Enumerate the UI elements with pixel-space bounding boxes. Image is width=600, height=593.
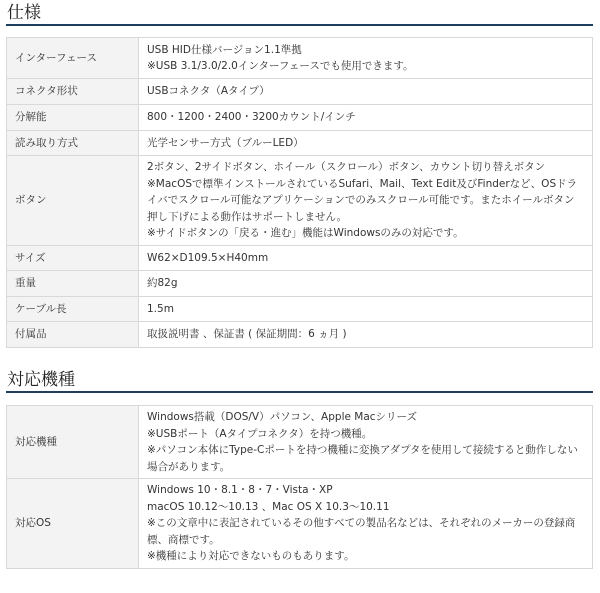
row-label-size: サイズ	[7, 246, 139, 271]
value-line: 800・1200・2400・3200カウント/インチ	[147, 109, 584, 126]
row-label-sensor: 読み取り方式	[7, 131, 139, 156]
table-row: 重量 約82g	[7, 271, 593, 297]
row-label-resolution: 分解能	[7, 105, 139, 131]
table-row: コネクタ形状 USBコネクタ（Aタイプ）	[7, 79, 593, 105]
row-label-accessories: 付属品	[7, 322, 139, 348]
compat-table: 対応機種 Windows搭載（DOS/V）パソコン、Apple Macシリーズ …	[6, 405, 593, 569]
table-row: 対応OS Windows 10・8.1・8・7・Vista・XP macOS 1…	[7, 479, 593, 569]
value-line: 取扱説明書 、保証書 ( 保証期間：6 ヵ月 )	[147, 326, 584, 343]
table-row: ボタン 2ボタン、2サイドボタン、ホイール（スクロール）ボタン、カウント切り替え…	[7, 156, 593, 246]
value-line: ※MacOSで標準インストールされているSufari、Mail、Text Edi…	[147, 176, 584, 226]
value-line: Windows搭載（DOS/V）パソコン、Apple Macシリーズ	[147, 409, 584, 426]
row-label-connector: コネクタ形状	[7, 79, 139, 105]
value-line: ※USB 3.1/3.0/2.0インターフェースでも使用できます。	[147, 58, 584, 75]
row-value-connector: USBコネクタ（Aタイプ）	[139, 79, 593, 105]
row-label-buttons: ボタン	[7, 156, 139, 246]
table-row: 対応機種 Windows搭載（DOS/V）パソコン、Apple Macシリーズ …	[7, 406, 593, 479]
table-row: サイズ W62×D109.5×H40mm	[7, 246, 593, 271]
row-label-interface: インターフェース	[7, 38, 139, 79]
value-line: Windows 10・8.1・8・7・Vista・XP	[147, 482, 584, 499]
row-label-weight: 重量	[7, 271, 139, 297]
row-value-interface: USB HID仕様バージョン1.1準拠 ※USB 3.1/3.0/2.0インター…	[139, 38, 593, 79]
value-line: USB HID仕様バージョン1.1準拠	[147, 42, 584, 59]
value-line: USBコネクタ（Aタイプ）	[147, 83, 584, 100]
row-value-compatible-os: Windows 10・8.1・8・7・Vista・XP macOS 10.12～…	[139, 479, 593, 569]
value-line: ※パソコン本体にType-Cポートを持つ機種に変換アダプタを使用して接続すると動…	[147, 442, 584, 475]
row-value-sensor: 光学センサー方式（ブルーLED）	[139, 131, 593, 156]
compat-section-title: 対応機種	[6, 369, 593, 393]
value-line: 2ボタン、2サイドボタン、ホイール（スクロール）ボタン、カウント切り替えボタン	[147, 159, 584, 176]
value-line: ※USBポート（Aタイプコネクタ）を持つ機種。	[147, 426, 584, 443]
value-line: W62×D109.5×H40mm	[147, 250, 584, 267]
row-value-cable-length: 1.5m	[139, 297, 593, 322]
row-value-accessories: 取扱説明書 、保証書 ( 保証期間：6 ヵ月 )	[139, 322, 593, 348]
table-row: 付属品 取扱説明書 、保証書 ( 保証期間：6 ヵ月 )	[7, 322, 593, 348]
table-row: 分解能 800・1200・2400・3200カウント/インチ	[7, 105, 593, 131]
table-row: ケーブル長 1.5m	[7, 297, 593, 322]
value-line: ※サイドボタンの「戻る・進む」機能はWindowsのみの対応です。	[147, 225, 584, 242]
value-line: 約82g	[147, 275, 584, 292]
spec-table: インターフェース USB HID仕様バージョン1.1準拠 ※USB 3.1/3.…	[6, 37, 593, 348]
row-value-weight: 約82g	[139, 271, 593, 297]
value-line: ※機種により対応できないものもあります。	[147, 548, 584, 565]
row-value-resolution: 800・1200・2400・3200カウント/インチ	[139, 105, 593, 131]
row-label-compatible-os: 対応OS	[7, 479, 139, 569]
table-row: 読み取り方式 光学センサー方式（ブルーLED）	[7, 131, 593, 156]
row-label-compatible-models: 対応機種	[7, 406, 139, 479]
value-line: 光学センサー方式（ブルーLED）	[147, 135, 584, 152]
row-value-size: W62×D109.5×H40mm	[139, 246, 593, 271]
row-label-cable-length: ケーブル長	[7, 297, 139, 322]
row-value-buttons: 2ボタン、2サイドボタン、ホイール（スクロール）ボタン、カウント切り替えボタン …	[139, 156, 593, 246]
value-line: 1.5m	[147, 301, 584, 318]
value-line: ※この文章中に表記されているその他すべての製品名などは、それぞれのメーカーの登録…	[147, 515, 584, 548]
table-row: インターフェース USB HID仕様バージョン1.1準拠 ※USB 3.1/3.…	[7, 38, 593, 79]
spec-section-title: 仕様	[6, 2, 593, 26]
row-value-compatible-models: Windows搭載（DOS/V）パソコン、Apple Macシリーズ ※USBポ…	[139, 406, 593, 479]
value-line: macOS 10.12～10.13 、Mac OS X 10.3～10.11	[147, 499, 584, 516]
